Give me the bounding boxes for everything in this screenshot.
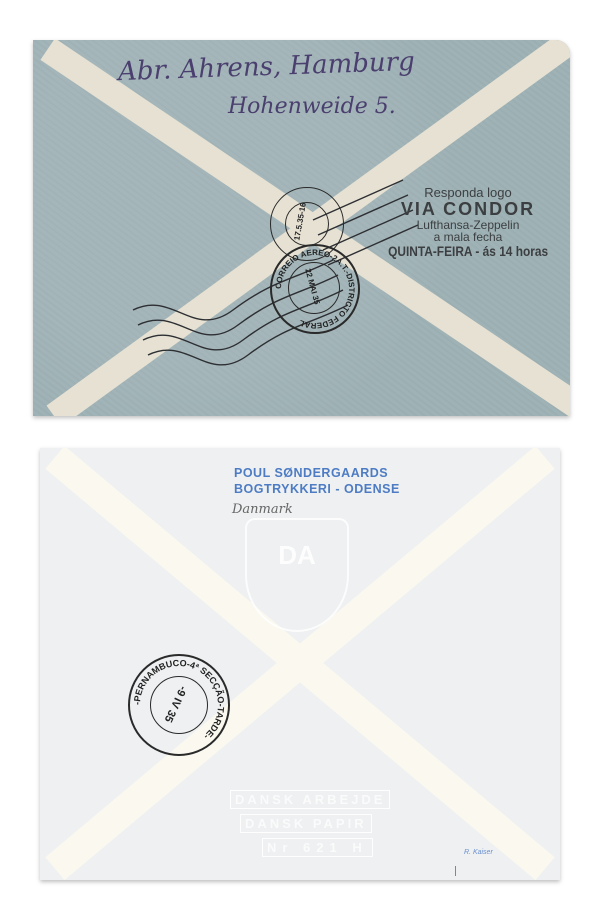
watermark-number: Nr 621 H [262,838,373,857]
handwritten-danmark: Danmark [232,502,293,517]
printer-imprint: POUL SØNDERGAARDS BOGTRYKKERI - ODENSE [234,466,400,497]
pernambuco-postmark: -PERNAMBUCO-4ª SECÇÃO-TARDE- -9 IV 35 [128,654,230,756]
red-pencil-mark [455,866,459,876]
handwritten-sender-line2: Hohenweide 5. [228,94,396,119]
watermark-dansk-papir: DANSK PAPIR [240,814,372,833]
handwritten-sender-line1: Abr. Ahrens, Hamburg [118,47,416,87]
signature: R. Kaiser [464,849,493,856]
envelope-top: Abr. Ahrens, Hamburg Hohenweide 5. 17.5.… [33,40,570,416]
via-condor-cachet: Responda logo VIA CONDOR Lufthansa-Zeppe… [368,186,568,261]
envelope-bottom: DA -PERNAMBUCO-4ª SECÇÃO-TARDE- -9 IV 35… [40,448,560,880]
da-watermark-shield: DA [245,518,349,632]
correio-aereo-postmark: CORREIO AEREO-2A.T.-DISTRICTO FEDERAL 22… [270,244,360,334]
watermark-dansk-arbejde: DANSK ARBEJDE [230,790,390,809]
